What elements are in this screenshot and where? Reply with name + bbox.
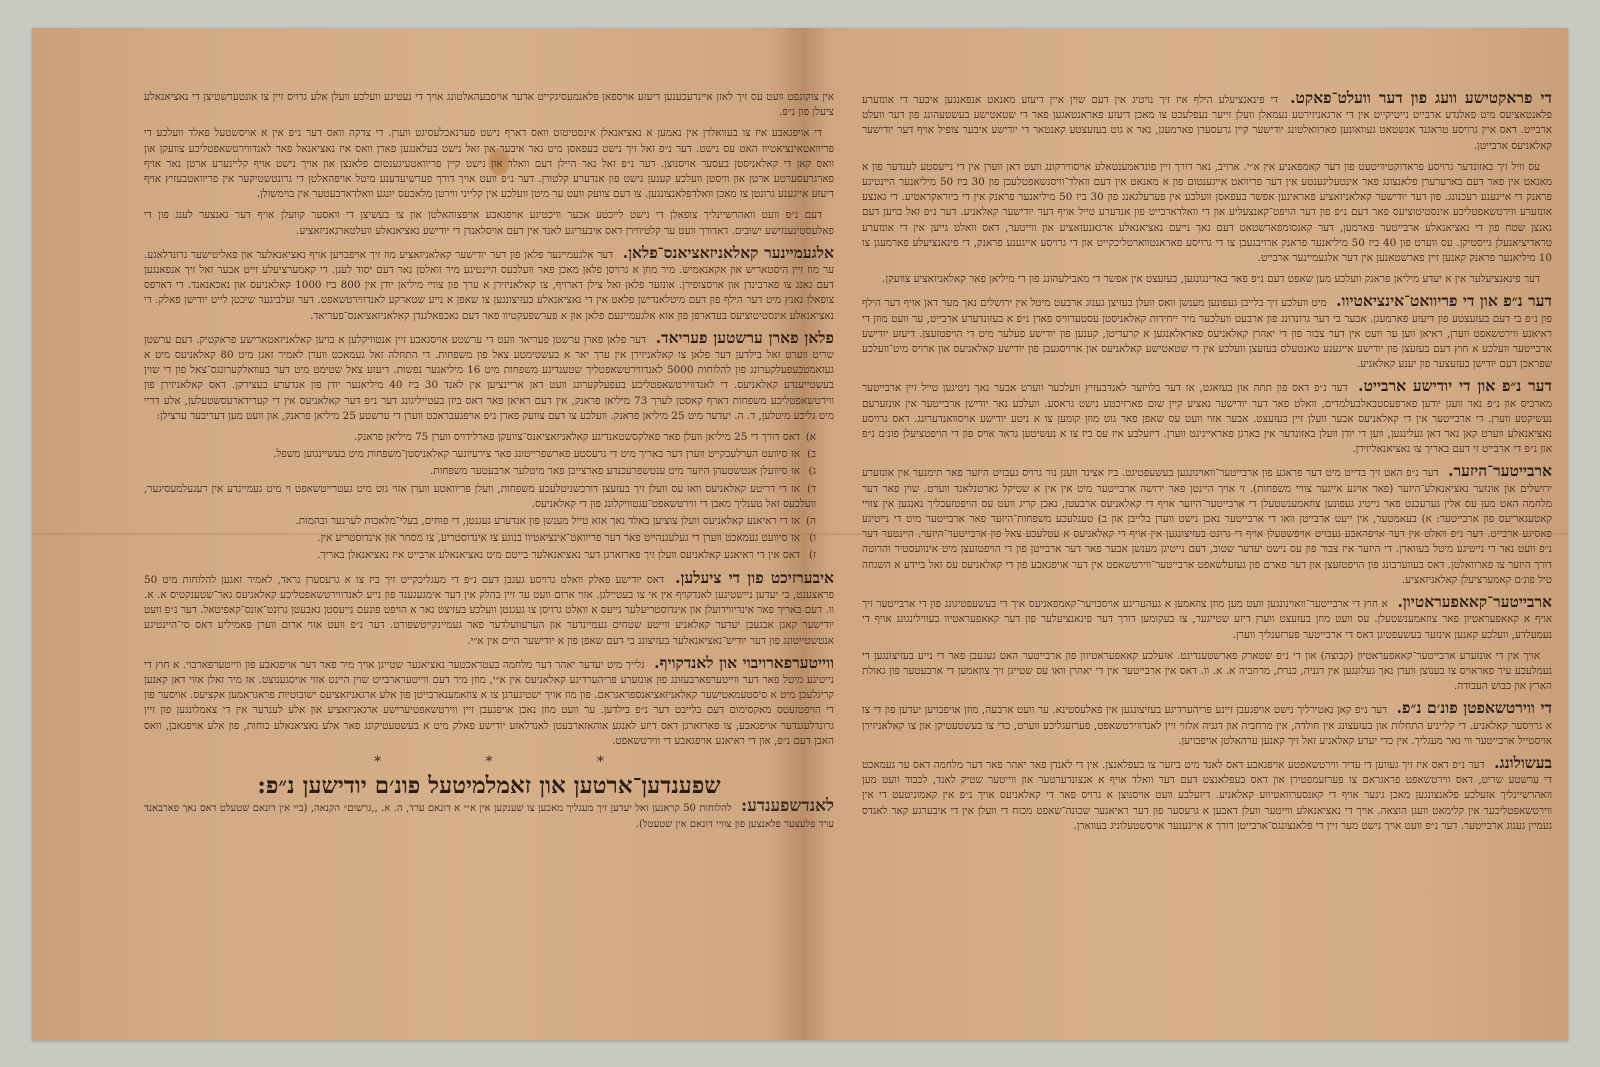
list-item: ג)אז סיוועלן אנטשטעהן היזער מיט ענטשפרעכ… [144,464,816,479]
section-heading: ארבייטער־היזער. [1448,461,1552,480]
right-page: די פראקטישע וועג פון דער וועלט־פאקט. די … [862,90,1552,840]
section-heading: דער נ״פ און די פריוואט־אינציאטיוו. [1336,291,1552,310]
paragraph: אין צוקונפט וועט עס זיך לאזן איינרעכענען… [144,90,834,120]
paragraph: עס וויל זיך באזונדער גרויסע פראדוקטיוויט… [862,160,1552,266]
list-item: ז)דאס אין די ראיאנע קאלאניעס וועלן זיך פ… [144,548,816,563]
land-donation-text: להלוחות 50 קראנען זאל יעדען זיך מעגליך מ… [144,803,834,829]
paragraph: דער פינאנציעלער אין א יעדע מיליאן פראנק … [862,272,1552,287]
list-item-text: אז די דריטע קאלאניעס וואו עס וועלן זיך ב… [144,483,816,510]
paragraph: אויך אין די אונזערע ארבייטער־קאאפעראטיון… [862,649,1552,695]
section-heading: די פראקטישע וועג פון דער וועלט־פאקט. [1290,88,1552,107]
section-heading: בעשולונג. [1494,753,1552,772]
section-private-initiative: דער נ״פ און די פריוואט־אינציאטיוו. מיט ו… [862,293,1552,372]
star-ornament: * [486,754,493,770]
section-afforestation: בעשולונג. דער נ״פ דאס איז זיך געווען די … [862,755,1552,834]
list-marker: ה) [800,514,816,529]
list-item-text: אז סיוועט הערלעכקייט ווערן דער באריך מיט… [273,448,800,460]
paragraph: די אויפגאבע איז צו בעוואלדן אין נאמען א … [144,126,834,202]
section-text: דער נ״פ האט זיך בדייט מיט דער פראגע פון … [862,467,1552,585]
section-divider-stars: * * * [144,755,834,770]
list-item-text: דאס אין די ראיאנע קאלאניעס וועלן זיך פאר… [317,549,800,561]
section-general-colonization-plan: אלגעמיינער קאלאניזאציאנס־פלאן. דער אלגעמ… [144,245,834,324]
section-jnf-farms: די ווירטשאפטן פונ׳ם נ״פ. דער נ״פ קאן נאט… [862,700,1552,749]
list-item-text: אז די ראיאנע קאלאניעס וועלן צוציען באלד … [296,515,801,527]
star-ornament: * [374,754,381,770]
list-marker: א) [800,430,816,445]
land-donation-label: לאנדשפענדע: [741,796,834,816]
left-page: אין צוקונפט וועט עס זיך לאזן איינרעכענען… [144,90,834,838]
section-heading: איבערזיכט פון די ציעלען. [675,568,834,587]
section-text: דער נ״פ דאס איז זיך געווען די עדיר ווירט… [862,759,1552,832]
section-heading: ווייטערפארויבוי און לאנדקויף. [654,653,834,672]
list-marker: ז) [800,548,816,563]
list-item-text: דאס דורך די 25 מיליאן וועלן פאר פאלקסשטא… [354,431,800,443]
list-item-text: אז סיוועלן אנטשטעהן היזער מיט ענטשפרעכנד… [430,465,800,477]
list-marker: ד) [800,482,816,497]
list-item: ד)אז די דריטע קאלאניעס וואו עס וועלן זיך… [144,482,816,512]
list-marker: ג) [800,464,816,479]
document-sheet: אין צוקונפט וועט עס זיך לאזן איינרעכענען… [32,28,1568,1040]
list-item: ו)אז סיוועט געמאכט ווערן די געלעגנהייט פ… [144,531,816,546]
section-workers-houses: ארבייטער־היזער. דער נ״פ האט זיך בדייט מי… [862,463,1552,588]
star-ornament: * [597,754,604,770]
land-donation-entry: לאנדשפענדע: להלוחות 50 קראנען זאל יעדען … [144,799,834,831]
section-heading: אלגעמיינער קאלאניזאציאנס־פלאן. [623,243,834,262]
donation-types-title: שפענדען־ארטען און זאמלמיטעל פונ׳ם יודישע… [144,778,834,793]
section-workers-cooperatives: ארבייטער־קאאפעראטיון. א חוץ די ארבייטער־… [862,594,1552,643]
section-further-building-land-purchase: ווייטערפארויבוי און לאנדקויף. גלייך מיט … [144,655,834,749]
section-heading: דער נ״פ און די יודישע ארבייט. [1358,376,1552,395]
paragraph: דעם נ״פ וועט וואהרשיינליך צופאלן די נישט… [144,208,834,238]
section-jewish-labor: דער נ״פ און די יודישע ארבייט. דער נ״פ דא… [862,378,1552,457]
section-heading: די ווירטשאפטן פונ׳ם נ״פ. [1397,698,1552,717]
list-marker: ו) [800,531,816,546]
section-overview-of-goals: איבערזיכט פון די ציעלען. דאס יודישע פאלק… [144,570,834,649]
section-heading: פלאן פארן ערשטען פעריאד. [656,328,834,347]
section-practical-way: די פראקטישע וועג פון דער וועלט־פאקט. די … [862,90,1552,154]
goals-list: א)דאס דורך די 25 מיליאן וועלן פאר פאלקסש… [144,430,834,564]
list-item: ב)אז סיוועט הערלעכקייט ווערן דער באריך מ… [144,447,816,462]
list-item: ה)אז די ראיאנע קאלאניעס וועלן צוציען באל… [144,514,816,529]
section-first-period-plan: פלאן פארן ערשטען פעריאד. דער פלאן פארן ע… [144,330,834,424]
list-item-text: אז סיוועט געמאכט ווערן די געלעגנהייט פאר… [317,532,800,544]
list-marker: ב) [800,447,816,462]
section-text: דער פלאן פארן ערשטן פעריאד וועט די ערשטע… [144,334,834,422]
section-heading: ארבייטער־קאאפעראטיון. [1397,592,1552,611]
list-item: א)דאס דורך די 25 מיליאן וועלן פאר פאלקסש… [144,430,816,445]
